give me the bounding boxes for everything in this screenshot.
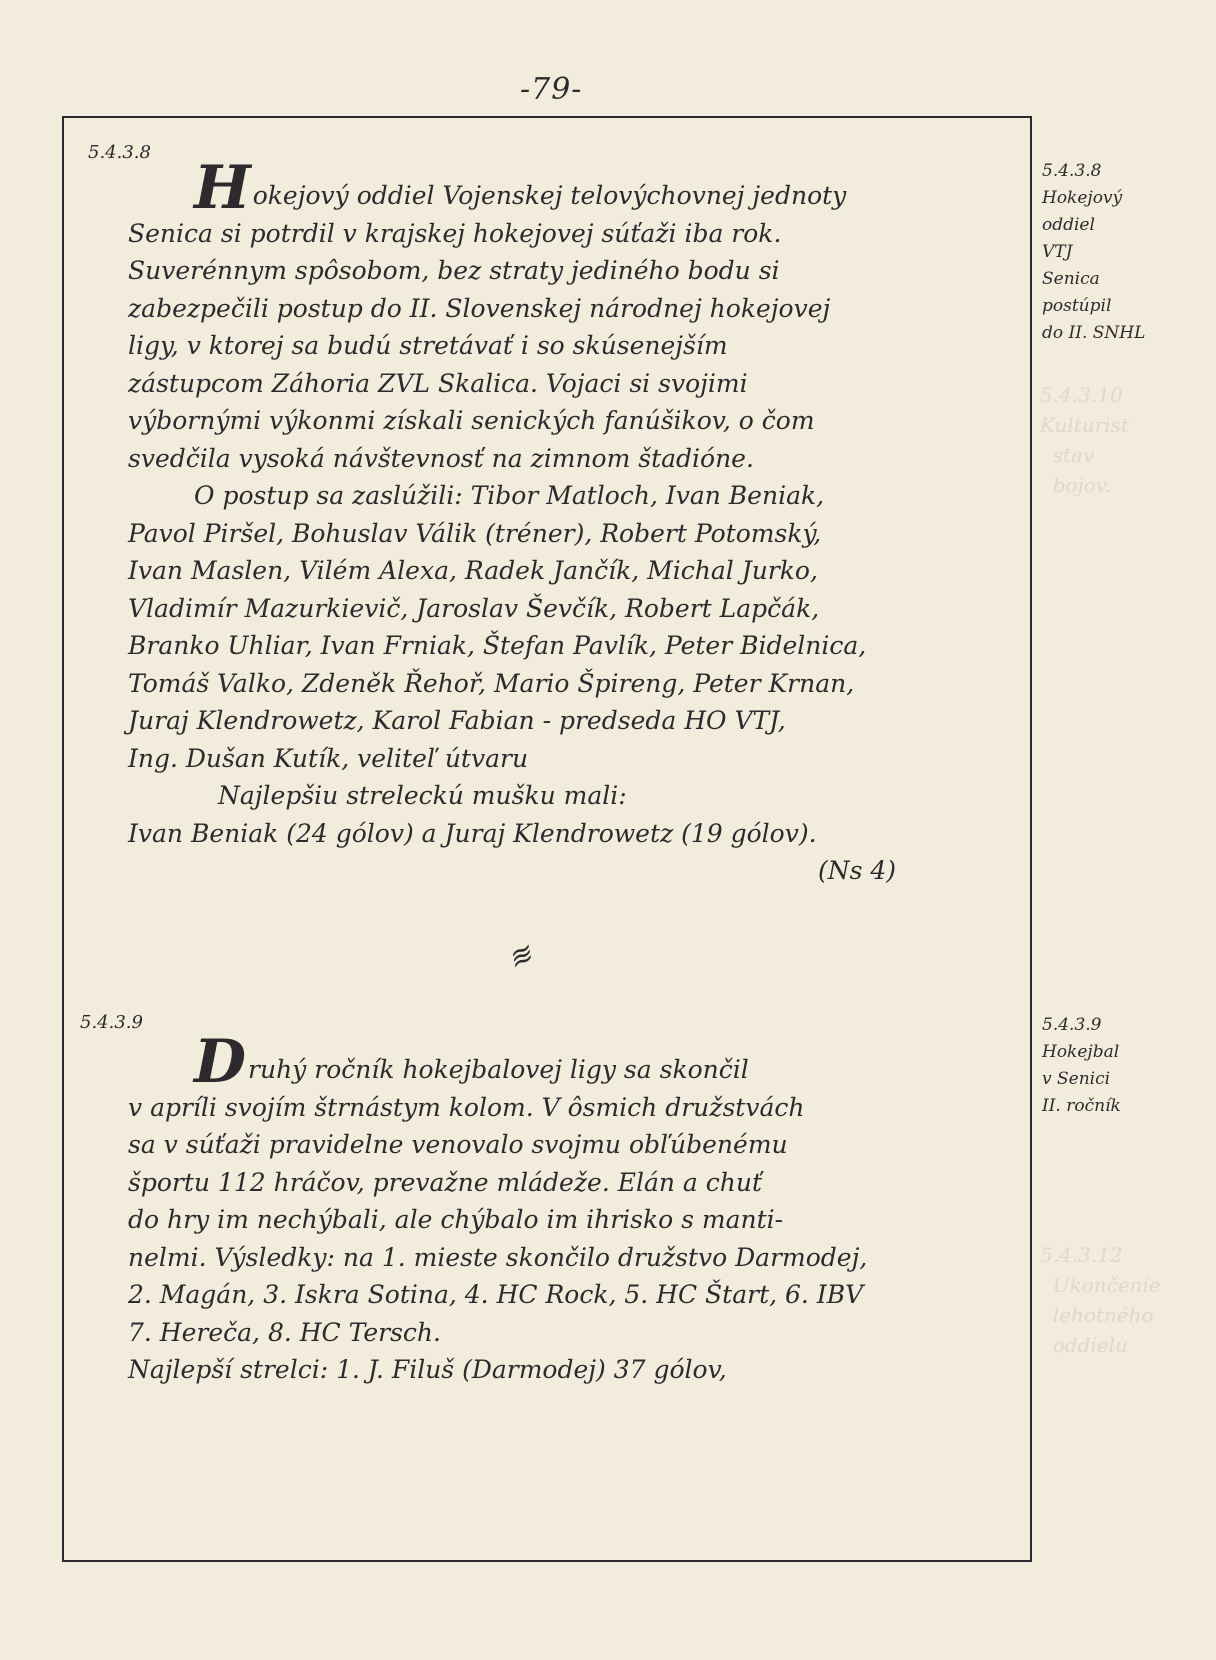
entry-line: Branko Uhliar, Ivan Frniak, Štefan Pavlí… (128, 627, 896, 665)
entry-line: svedčila vysoká návštevnosť na zimnom št… (128, 440, 896, 478)
source-reference: (Ns 4) (128, 852, 896, 890)
entry-line: ligy, v ktorej sa budú stretávať i so sk… (128, 327, 896, 365)
entry-line: sa v súťaži pravidelne venovalo svojmu o… (128, 1126, 867, 1164)
entry-line: Druhý ročník hokejbalovej ligy sa skonči… (128, 1042, 867, 1089)
entry-line: Juraj Klendrowetz, Karol Fabian - predse… (128, 702, 896, 740)
entry-body: Hokejový oddiel Vojenskej telovýchovnej … (128, 168, 896, 890)
entry-line: výbornými výkonmi získali senických fanú… (128, 402, 896, 440)
entry-line: Senica si potrdil v krajskej hokejovej s… (128, 215, 896, 253)
entry-line: Pavol Piršel, Bohuslav Válik (tréner), R… (128, 515, 896, 553)
entry-line: Najlepší strelci: 1. J. Filuš (Darmodej)… (128, 1351, 867, 1389)
entry-line: 2. Magán, 3. Iskra Sotina, 4. HC Rock, 5… (128, 1276, 867, 1314)
entry-body: Druhý ročník hokejbalovej ligy sa skonči… (128, 1042, 867, 1389)
entry-line: Ing. Dušan Kutík, veliteľ útvaru (128, 740, 896, 778)
entry-line: športu 112 hráčov, prevažne mládeže. Elá… (128, 1164, 867, 1202)
entry-line: zabezpečili postup do II. Slovenskej nár… (128, 290, 896, 328)
decorative-initial: H (194, 153, 251, 223)
entry-line: Ivan Beniak (24 gólov) a Juraj Klendrowe… (128, 815, 896, 853)
decorative-initial: D (194, 1027, 246, 1097)
entry-line: v apríli svojím štrnástym kolom. V ôsmic… (128, 1089, 867, 1127)
margin-note: 5.4.3.9 Hokejbal v Senici II. ročník (1042, 1012, 1121, 1120)
entry-code: 5.4.3.8 (88, 142, 151, 163)
bleed-through-text: 5.4.3.12 Ukončenie lehotného oddielu (1040, 1240, 1161, 1360)
entry-line: Vladimír Mazurkievič, Jaroslav Ševčík, R… (128, 590, 896, 628)
entry-line: Najlepšiu streleckú mušku mali: (128, 777, 896, 815)
entry-line: Suverénnym spôsobom, bez straty jediného… (128, 252, 896, 290)
entry-line: 7. Hereča, 8. HC Tersch. (128, 1314, 867, 1352)
entry-line: Ivan Maslen, Vilém Alexa, Radek Jančík, … (128, 552, 896, 590)
bleed-through-text: 5.4.3.10Kulturist stav bojov. (1040, 380, 1129, 500)
entry-line: do hry im nechýbali, ale chýbalo im ihri… (128, 1201, 867, 1239)
entry-code: 5.4.3.9 (80, 1012, 143, 1033)
page-number: -79- (520, 72, 582, 107)
margin-note: 5.4.3.8 Hokejový oddiel VTJ Senica postú… (1042, 158, 1145, 347)
entry-line: zástupcom Záhoria ZVL Skalica. Vojaci si… (128, 365, 896, 403)
entry-line: nelmi. Výsledky: na 1. mieste skončilo d… (128, 1239, 867, 1277)
entry-line: Tomáš Valko, Zdeněk Řehoř, Mario Špireng… (128, 665, 896, 703)
entry-line: O postup sa zaslúžili: Tibor Matloch, Iv… (128, 477, 896, 515)
entry-line: Hokejový oddiel Vojenskej telovýchovnej … (128, 168, 896, 215)
